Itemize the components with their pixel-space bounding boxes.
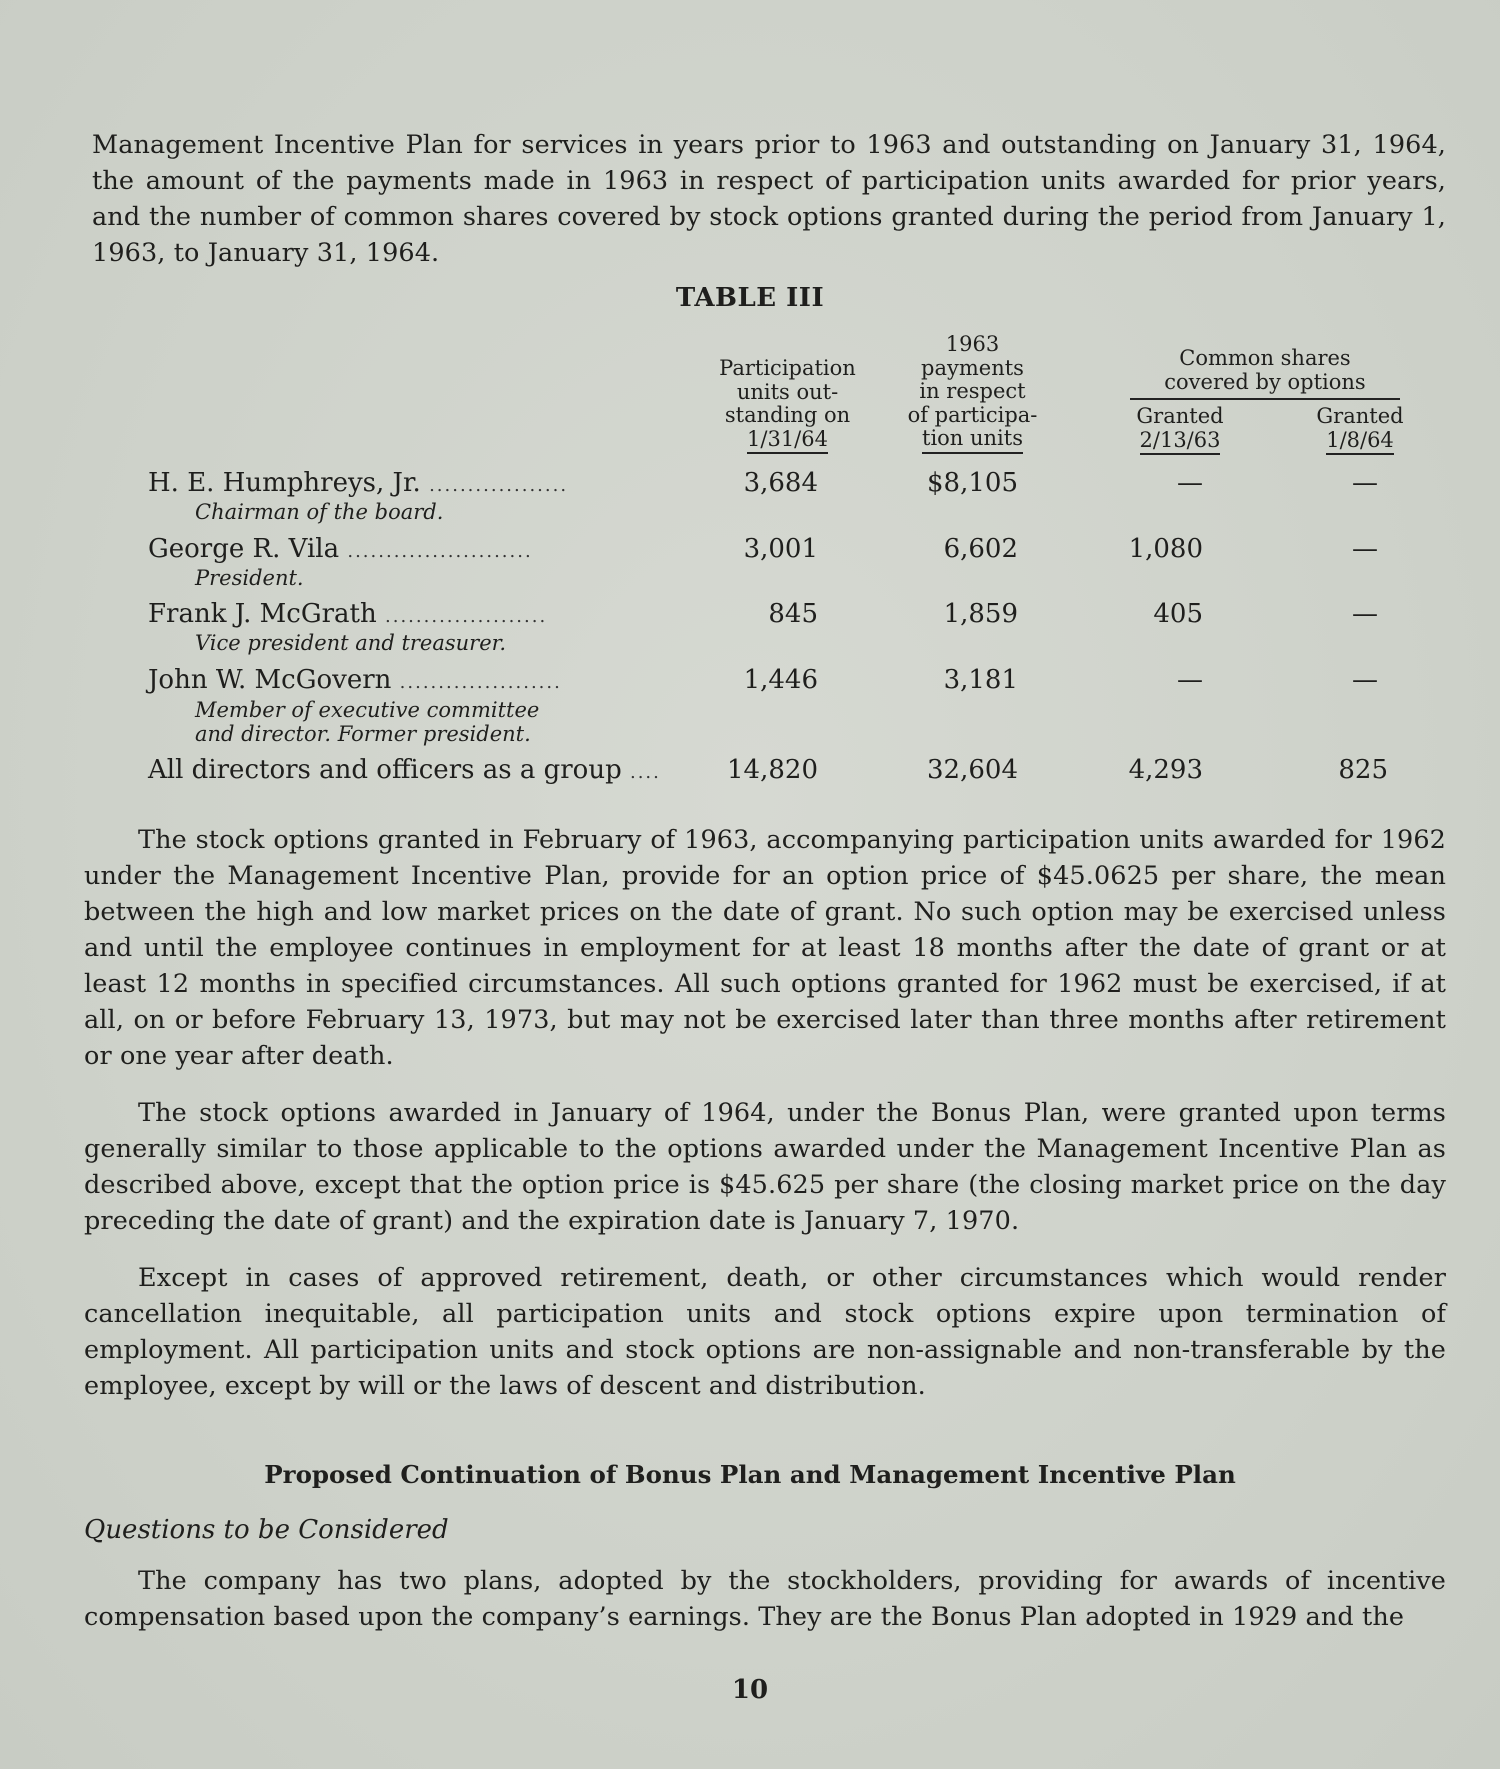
header-common-shares-group: Common shares covered by options: [1130, 347, 1400, 394]
table-row-name: George R. Vila ........................: [148, 534, 533, 564]
cell-granted-1: —: [1043, 665, 1203, 695]
table-row-name: John W. McGovern .....................: [148, 665, 562, 695]
cell-granted-2: —: [1218, 534, 1378, 564]
cell-granted-2: —: [1218, 468, 1378, 498]
cell-payments: 1,859: [858, 599, 1018, 629]
header-granted-2-13-63: Granted 2/13/63: [1110, 405, 1250, 455]
table-row-name: All directors and officers as a group ..…: [148, 755, 661, 785]
cell-units: 14,820: [658, 755, 818, 785]
table-row-title: Chairman of the board.: [195, 500, 443, 524]
table-row-title: Vice president and treasurer.: [195, 631, 506, 655]
table-row-name: H. E. Humphreys, Jr. ..................: [148, 468, 568, 498]
cell-payments: $8,105: [858, 468, 1018, 498]
document-page: Management Incentive Plan for services i…: [0, 0, 1500, 1769]
table-row-title: Member of executive committee and direct…: [195, 698, 539, 746]
table-row-name: Frank J. McGrath .....................: [148, 599, 547, 629]
paragraph-options-1963: The stock options granted in February of…: [84, 822, 1446, 1074]
header-group-rule: [1130, 398, 1400, 400]
cell-granted-1: 1,080: [1043, 534, 1203, 564]
cell-payments: 3,181: [858, 665, 1018, 695]
paragraph-expiration: Except in cases of approved retirement, …: [84, 1260, 1446, 1404]
subheading: Questions to be Considered: [84, 1515, 449, 1545]
header-1963-payments: 1963 payments in respect of participa- t…: [890, 333, 1055, 454]
cell-granted-2: —: [1218, 599, 1378, 629]
paragraph-options-1964: The stock options awarded in January of …: [84, 1095, 1446, 1239]
section-heading: Proposed Continuation of Bonus Plan and …: [0, 1460, 1500, 1489]
cell-units: 3,001: [658, 534, 818, 564]
table-title: TABLE III: [0, 283, 1500, 313]
cell-units: 3,684: [658, 468, 818, 498]
cell-units: 1,446: [658, 665, 818, 695]
cell-granted-1: 4,293: [1043, 755, 1203, 785]
cell-granted-1: 405: [1043, 599, 1203, 629]
table-row-title: President.: [195, 566, 304, 590]
cell-payments: 32,604: [858, 755, 1018, 785]
cell-granted-1: —: [1043, 468, 1203, 498]
paragraph-plans: The company has two plans, adopted by th…: [84, 1563, 1446, 1635]
cell-payments: 6,602: [858, 534, 1018, 564]
header-granted-1-8-64: Granted 1/8/64: [1290, 405, 1430, 455]
cell-granted-2: 825: [1228, 755, 1388, 785]
intro-paragraph: Management Incentive Plan for services i…: [92, 127, 1446, 271]
page-number: 10: [0, 1675, 1500, 1705]
cell-units: 845: [658, 599, 818, 629]
cell-granted-2: —: [1218, 665, 1378, 695]
header-participation-units: Participation units out- standing on 1/3…: [705, 357, 870, 454]
